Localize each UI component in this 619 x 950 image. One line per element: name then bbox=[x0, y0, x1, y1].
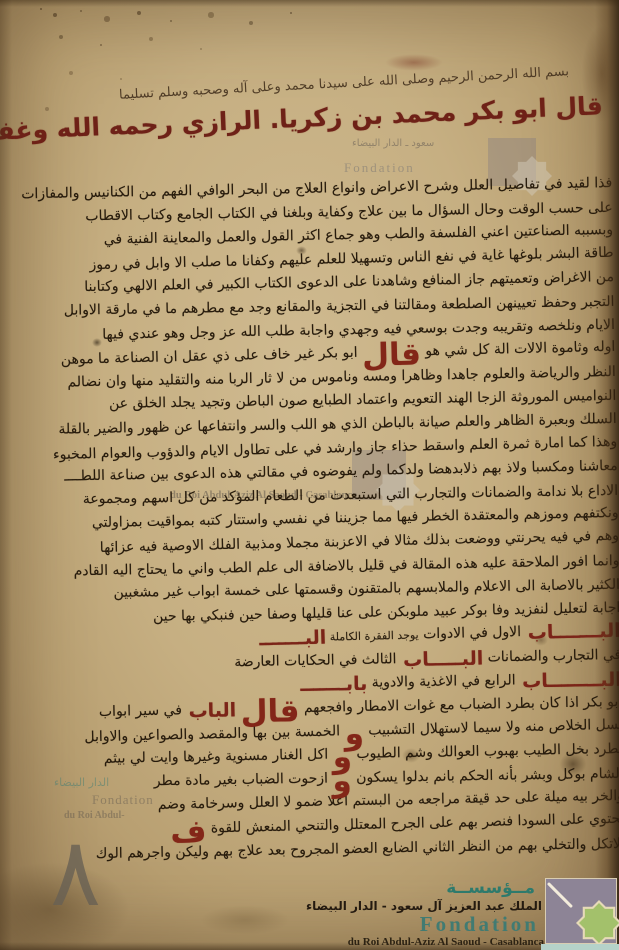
text-segment: يوجد الفقرة الكاملة bbox=[326, 629, 419, 644]
page-edge-top bbox=[0, 0, 619, 7]
text-segment: اكل الغنار مسنوية وغيرها وايت لي بيثم bbox=[104, 747, 333, 767]
rubric-segment: و bbox=[332, 763, 352, 799]
rubric-segment: بابـــــــ bbox=[300, 673, 367, 696]
foundation-name-arabic: مــؤسســة bbox=[446, 878, 535, 898]
foundation-line-french: du Roi Abdul-Aziz Al Saoud - Casablanca bbox=[348, 936, 544, 948]
watermark-fondation-text: Fondation bbox=[344, 160, 415, 176]
logo-base-strip bbox=[541, 944, 619, 950]
text-segment: ابو بكر اذا كان بطرد الضباب مع غوات الام… bbox=[299, 694, 619, 716]
text-segment: يسل الخلاص منه ولا سيما لاستهلال التشبيب bbox=[364, 716, 619, 738]
rubric-segment: و bbox=[344, 715, 364, 751]
text-segment: النواميس الموروثة الزجا الهند التعويم وا… bbox=[109, 388, 616, 412]
page-edge-left bbox=[0, 0, 12, 950]
foundation-stamp: مــؤسســة الملك عبد العزيز آل سعود - الد… bbox=[299, 876, 619, 950]
watermark-arabic-text: سعود ـ الدار البيضاء bbox=[352, 138, 434, 149]
foundation-name-french: Fondation bbox=[420, 912, 539, 937]
folio-number-pencil: ٨ bbox=[50, 826, 101, 921]
rubric-segment: قال bbox=[362, 336, 422, 373]
text-segment: التجبر وحفظ تعيينهن الصلطعة ومقالتنا في … bbox=[64, 294, 615, 319]
foundation-logo bbox=[545, 878, 617, 944]
rubric-segment: البـــــاب bbox=[396, 647, 483, 671]
text-segment: الرابع في الاغذية والادوية bbox=[367, 673, 516, 691]
text-segment: ازحوت الضباب بغير مادة مطر bbox=[154, 770, 333, 789]
eight-point-star-icon bbox=[579, 903, 619, 943]
foxing-speckles bbox=[40, 8, 42, 10]
text-segment: الكثير بالاصابة الى الاعلام والملابسهم ب… bbox=[113, 577, 619, 601]
text-segment: الثالث في الحكايات العارضة bbox=[234, 651, 397, 670]
manuscript-body-text: فذا لقيد في تفاصيل العلل وشرح الاعراض وا… bbox=[56, 172, 619, 867]
text-segment: الاول في الادوات bbox=[418, 624, 521, 642]
text-segment: الاداع بلا ندامة والضمانات والتجارب التي… bbox=[83, 483, 619, 508]
bottom-smudge bbox=[200, 905, 290, 935]
foundation-line-arabic: الملك عبد العزيز آل سعود - الدار البيضاء bbox=[306, 899, 542, 913]
text-segment: ابو بكر غير خاف على ذي عقل ان الصناعة ما… bbox=[61, 345, 363, 368]
rubric-segment: الباب bbox=[182, 699, 237, 722]
text-segment: الخمسة بين بها والمقصد والصواعين والاواب… bbox=[84, 723, 344, 745]
rubric-segment: ف bbox=[170, 814, 207, 851]
text-segment: اوله وثاموة الالات الة كل شي هو bbox=[421, 339, 616, 360]
text-segment: في سير ابواب bbox=[99, 702, 182, 720]
text-segment: الشام بوكل وبشر بأنه الحكم بانم بدلوا يس… bbox=[352, 766, 619, 786]
pen-nib-icon bbox=[547, 882, 573, 908]
rubric-segment: البـــــــ bbox=[259, 627, 326, 651]
page-edge-right bbox=[595, 0, 619, 950]
text-segment: لطرد بخل الطيب بهبوب العوالك وشم الطيوب bbox=[352, 741, 619, 762]
manuscript-scan-page: سعود ـ الدار البيضاء Fondation du Roi Ab… bbox=[0, 0, 619, 950]
text-segment: على حسب الوقت وحال السؤال ما بين علاج وك… bbox=[85, 199, 613, 223]
red-ink-smudge bbox=[385, 54, 443, 71]
